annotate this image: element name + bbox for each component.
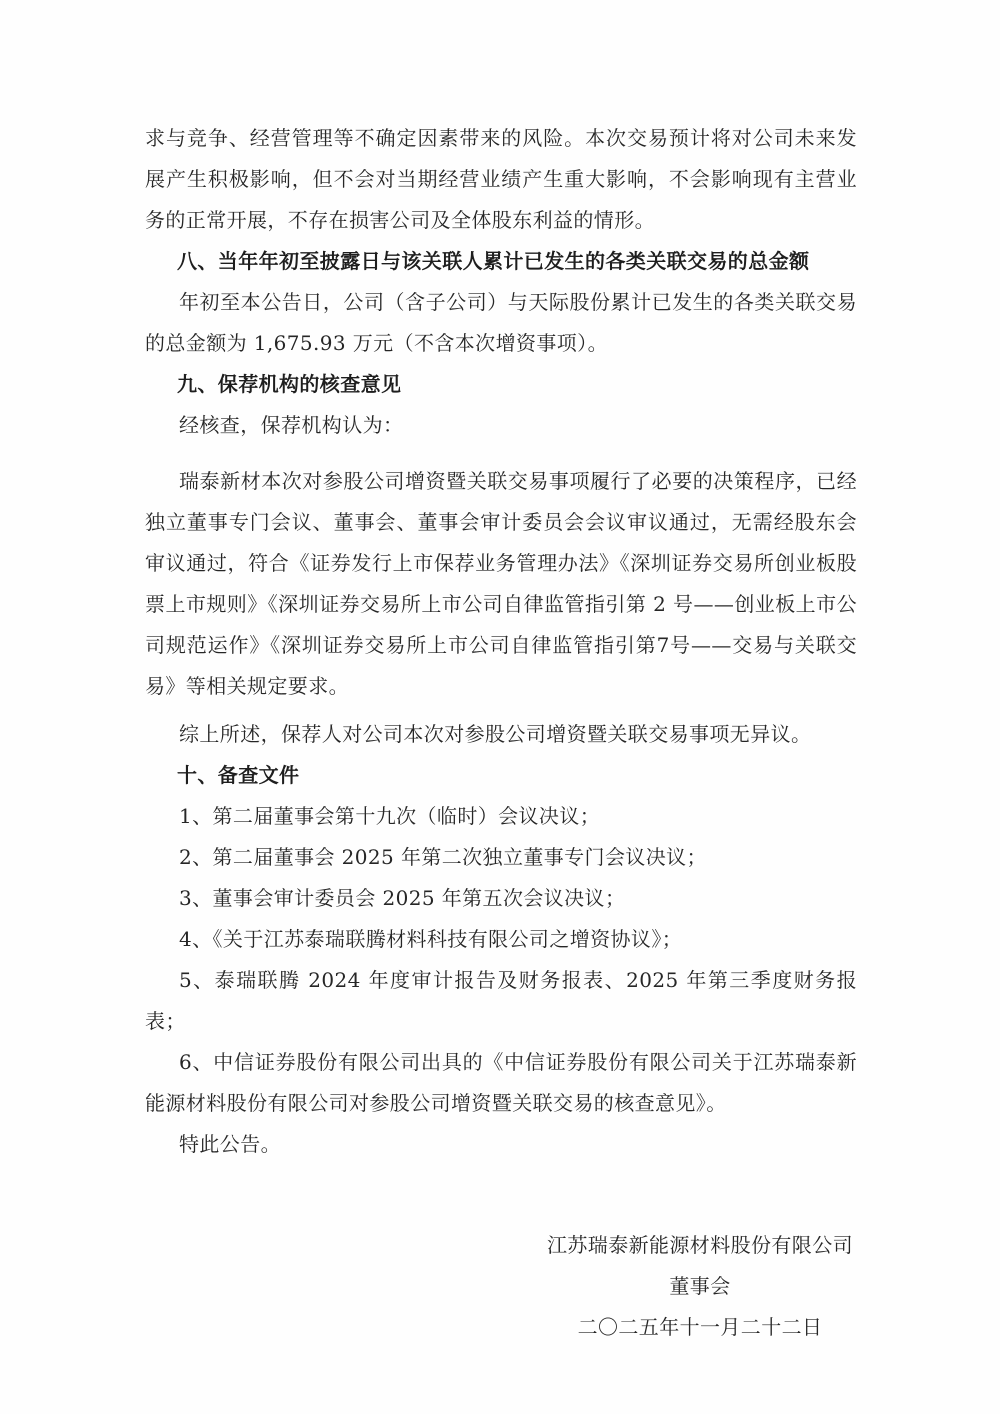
signature-date: 二〇二五年十一月二十二日	[543, 1307, 857, 1348]
closing-line: 特此公告。	[145, 1124, 857, 1165]
section-9-opinion-paragraph: 瑞泰新材本次对参股公司增资暨关联交易事项履行了必要的决策程序，已经独立董事专门会…	[145, 461, 857, 707]
backup-document-item-4: 4、《关于江苏泰瑞联腾材料科技有限公司之增资协议》；	[145, 919, 857, 960]
paragraph-risk-continuation: 求与竞争、经营管理等不确定因素带来的风险。本次交易预计将对公司未来发展产生积极影…	[145, 118, 857, 241]
signature-board: 董事会	[543, 1266, 857, 1307]
backup-document-item-3: 3、董事会审计委员会 2025 年第五次会议决议；	[145, 878, 857, 919]
section-10-heading: 十、备查文件	[145, 755, 857, 796]
section-8-heading: 八、当年年初至披露日与该关联人累计已发生的各类关联交易的总金额	[145, 241, 857, 282]
backup-document-item-6: 6、中信证券股份有限公司出具的《中信证券股份有限公司关于江苏瑞泰新能源材料股份有…	[145, 1042, 857, 1124]
document-content: 求与竞争、经营管理等不确定因素带来的风险。本次交易预计将对公司未来发展产生积极影…	[0, 0, 1000, 1348]
section-9-intro-paragraph: 经核查，保荐机构认为：	[145, 405, 857, 446]
backup-document-item-5: 5、泰瑞联腾 2024 年度审计报告及财务报表、2025 年第三季度财务报表；	[145, 960, 857, 1042]
section-9-heading: 九、保荐机构的核查意见	[145, 364, 857, 405]
section-8-paragraph: 年初至本公告日，公司（含子公司）与天际股份累计已发生的各类关联交易的总金额为 1…	[145, 282, 857, 364]
backup-document-item-2: 2、第二届董事会 2025 年第二次独立董事专门会议决议；	[145, 837, 857, 878]
document-page: 求与竞争、经营管理等不确定因素带来的风险。本次交易预计将对公司未来发展产生积极影…	[0, 0, 1000, 1414]
signature-block: 江苏瑞泰新能源材料股份有限公司 董事会 二〇二五年十一月二十二日	[543, 1225, 857, 1348]
backup-document-item-1: 1、第二届董事会第十九次（临时）会议决议；	[145, 796, 857, 837]
signature-company-name: 江苏瑞泰新能源材料股份有限公司	[543, 1225, 857, 1266]
section-9-conclusion-paragraph: 综上所述，保荐人对公司本次对参股公司增资暨关联交易事项无异议。	[145, 714, 857, 755]
